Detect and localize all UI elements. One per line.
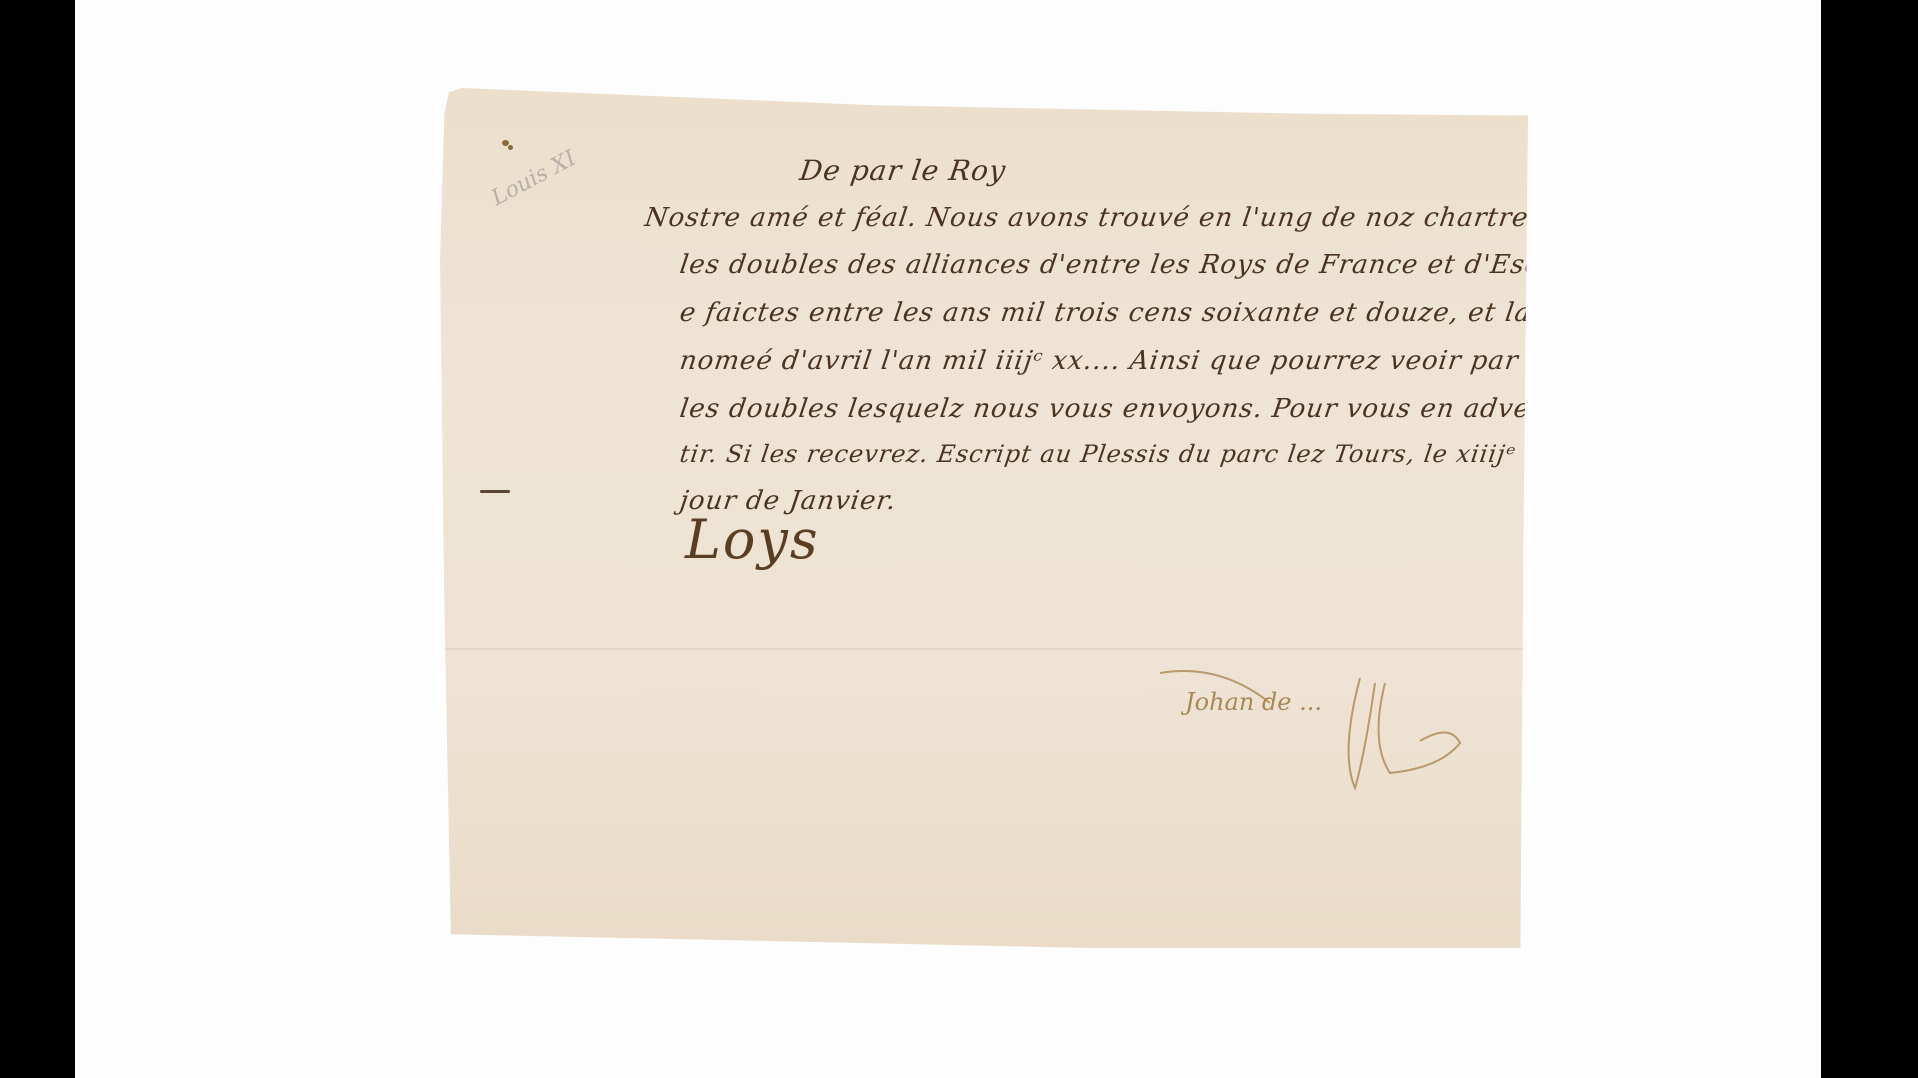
- letter-line-4: nomeé d'avril l'an mil iiijᶜ xx.... Ains…: [678, 346, 1521, 376]
- paper-fold-line: [440, 648, 1528, 650]
- letter-line-2: les doubles des alliances d'entre les Ro…: [678, 250, 1588, 280]
- secretary-signature: Johan de ...: [1185, 688, 1322, 716]
- letter-line-6: tir. Si les recevrez. Escript au Plessis…: [678, 440, 1518, 468]
- ink-spot: [508, 145, 513, 150]
- letter-line-1: Nostre amé et féal. Nous avons trouvé en…: [643, 203, 1545, 233]
- photo-mat: Louis XI De par le Roy Nostre amé et féa…: [75, 0, 1821, 1078]
- secretary-flourish: [1160, 663, 1480, 803]
- pencil-marginalia: Louis XI: [487, 146, 580, 211]
- king-signature: Loys: [685, 508, 820, 571]
- manuscript-page: Louis XI De par le Roy Nostre amé et féa…: [440, 88, 1528, 948]
- margin-tick-mark: [480, 490, 510, 493]
- letter-line-3: e faictes entre les ans mil trois cens s…: [678, 298, 1533, 328]
- letter-heading: De par le Roy: [798, 154, 1009, 187]
- letter-line-5: les doubles lesquelz nous vous envoyons.…: [678, 394, 1546, 424]
